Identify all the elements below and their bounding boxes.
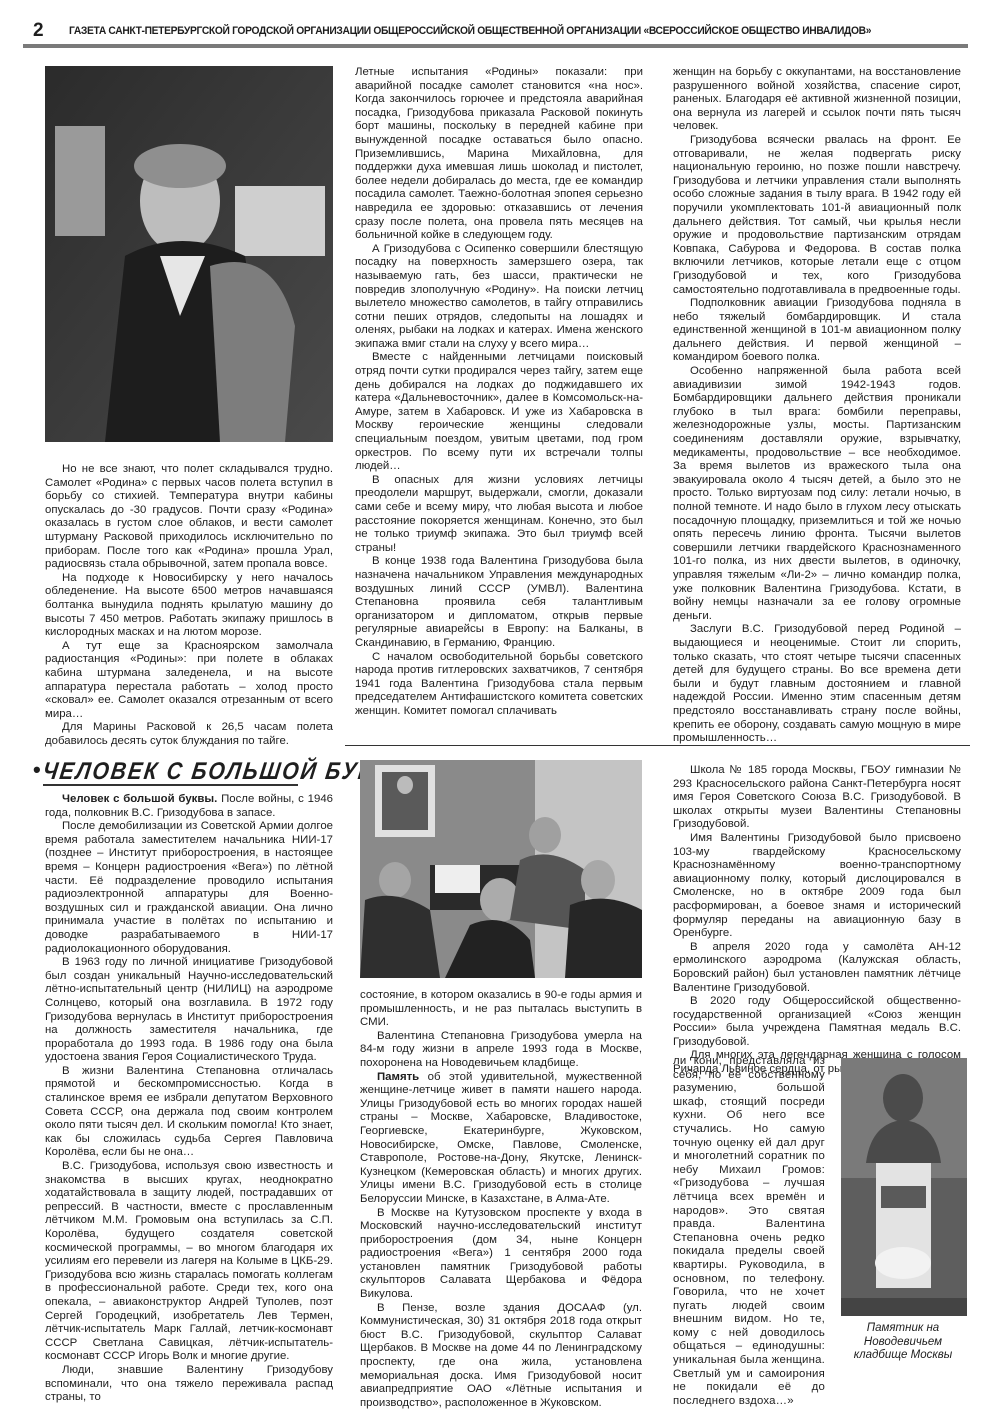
header-divider	[23, 44, 968, 48]
paragraph: В конце 1938 года Валентина Гризодубова …	[355, 555, 643, 650]
page-header: 2 ГАЗЕТА САНКТ-ПЕТЕРБУРГСКОЙ ГОРОДСКОЙ О…	[33, 20, 973, 46]
paragraph: В опасных для жизни условиях летчицы пре…	[355, 474, 643, 556]
paragraph: Валентина Степановна Гризодубова умерла …	[360, 1030, 642, 1071]
newspaper-title: ГАЗЕТА САНКТ-ПЕТЕРБУРГСКОЙ ГОРОДСКОЙ ОРГ…	[69, 25, 871, 37]
top-article-col2: Летные испытания «Родины» показали: при …	[355, 66, 643, 719]
monument-photo	[841, 1058, 967, 1316]
paragraph: ли кони, представляла из себя, по ее соб…	[673, 1055, 825, 1408]
paragraph: Люди, знавшие Валентину Гризодубову вспо…	[45, 1364, 333, 1405]
bottom-article-col3: Школа № 185 города Москвы, ГБОУ гимназии…	[673, 764, 961, 1077]
paragraph: В Пензе, возле здания ДОСААФ (ул. Коммун…	[360, 1302, 642, 1411]
page-number: 2	[33, 20, 44, 42]
memory-lead: Память	[377, 1071, 419, 1083]
paragraph: Имя Валентины Гризодубовой было присвоен…	[673, 832, 961, 941]
paragraph: В Москве на Кутузовском проспекте у вход…	[360, 1207, 642, 1302]
paragraph: Вместе с найденными летчицами поисковый …	[355, 351, 643, 473]
memory-paragraph: Память об этой удивительной, мужественно…	[360, 1071, 642, 1207]
paragraph: Заслуги В.С. Гризодубовой перед Родиной …	[673, 623, 961, 745]
headline-underline	[43, 784, 298, 786]
paragraph: В.С. Гризодубова, используя свою известн…	[45, 1160, 333, 1364]
pilot-photo	[45, 66, 333, 442]
bottom-article-col1: Человек с большой буквы. После войны, с …	[45, 793, 333, 1405]
section-divider	[345, 745, 970, 746]
paragraph: Подполковник авиации Гризодубова подняла…	[673, 297, 961, 365]
paragraph: Особенно напряженной была работа всей ав…	[673, 365, 961, 623]
paragraph: В 1963 году по личной инициативе Гризоду…	[45, 956, 333, 1065]
paragraph: Школа № 185 города Москвы, ГБОУ гимназии…	[673, 764, 961, 832]
memory-rest: об этой удивительной, мужественной женщи…	[360, 1071, 642, 1205]
paragraph: Для Марины Расковой к 26,5 часам полета …	[45, 721, 333, 748]
lead-bold: Человек с большой буквы.	[62, 793, 217, 805]
paragraph: А Гризодубова с Осипенко совершили блест…	[355, 243, 643, 352]
monument-caption: Памятник на Новодевичьем кладбище Москвы	[838, 1322, 968, 1363]
paragraph: Летные испытания «Родины» показали: при …	[355, 66, 643, 243]
paragraph: В 2020 году Общероссийской общественно-г…	[673, 995, 961, 1049]
paragraph: В апреля 2020 года у самолёта АН-12 ермо…	[673, 941, 961, 995]
paragraph: женщин на борьбу с оккупантами, на восст…	[673, 66, 961, 134]
bottom-article-col3-narrow: ли кони, представляла из себя, по ее соб…	[673, 1055, 825, 1408]
top-article-col3: женщин на борьбу с оккупантами, на восст…	[673, 66, 961, 746]
paragraph: Гризодубова всячески рвалась на фронт. Е…	[673, 134, 961, 297]
paragraph: С началом освободительной борьбы советск…	[355, 651, 643, 719]
top-article-col1: Но не все знают, что полет складывался т…	[45, 463, 333, 748]
paragraph: В жизни Валентина Степановна отличалась …	[45, 1065, 333, 1160]
women-group-photo	[360, 760, 642, 978]
paragraph: Но не все знают, что полет складывался т…	[45, 463, 333, 572]
lead-paragraph: Человек с большой буквы. После войны, с …	[45, 793, 333, 820]
paragraph: После демобилизации из Советской Армии д…	[45, 820, 333, 956]
bottom-article-col2: состояние, в котором оказались в 90-е го…	[360, 989, 642, 1410]
section-headline: • ЧЕЛОВЕК С БОЛЬШОЙ БУКВЫ	[33, 757, 333, 785]
paragraph: состояние, в котором оказались в 90-е го…	[360, 989, 642, 1030]
paragraph: А тут еще за Красноярском замолчала ради…	[45, 640, 333, 722]
headline-bullet: •	[33, 757, 41, 783]
paragraph: На подходе к Новосибирску у него началос…	[45, 572, 333, 640]
